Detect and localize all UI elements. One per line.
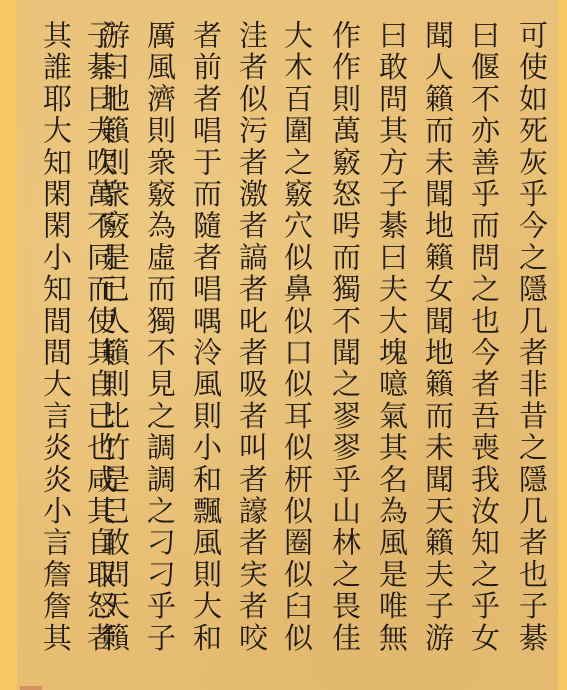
text-column-3: 聞人籟而未聞地籟女聞地籟而未聞天籟夫子游 [418, 20, 458, 654]
text-column-4: 曰敢問其方子綦曰夫大塊噫氣其名為風是唯無 [372, 20, 412, 654]
text-column-6: 大木百圍之竅穴似鼻似口似耳似枅似圈似臼似 [277, 20, 317, 654]
text-column-1: 可使如死灰乎今之隱几者非昔之隱几者也子綦 [512, 20, 552, 654]
text-column-7: 洼者似污者激者謞者叱者吸者叫者譹者宎者咬 [232, 20, 272, 654]
calligraphy-text: 可使如死灰乎今之隱几者非昔之隱几者也子綦 曰偃不亦善乎而問之也今者吾喪我汝知之乎… [0, 0, 567, 690]
text-column-8: 者前者唱于而隨者唱喁泠風則小和飄風則大和 [186, 20, 226, 654]
text-column-11: 子綦曰夫吹萬不同而使其自已也咸其自取怒者 [80, 20, 120, 654]
text-column-9: 厲風濟則衆竅為虛而獨不見之調調之刁刁乎子 [140, 20, 180, 654]
text-column-12: 其誰耶大知閑閑小知間間大言炎炎小言詹詹其 [36, 20, 76, 654]
text-column-2: 曰偃不亦善乎而問之也今者吾喪我汝知之乎女 [464, 20, 504, 654]
text-column-5: 作作則萬竅怒呺而獨不聞之翏翏乎山林之畏佳 [325, 20, 365, 654]
